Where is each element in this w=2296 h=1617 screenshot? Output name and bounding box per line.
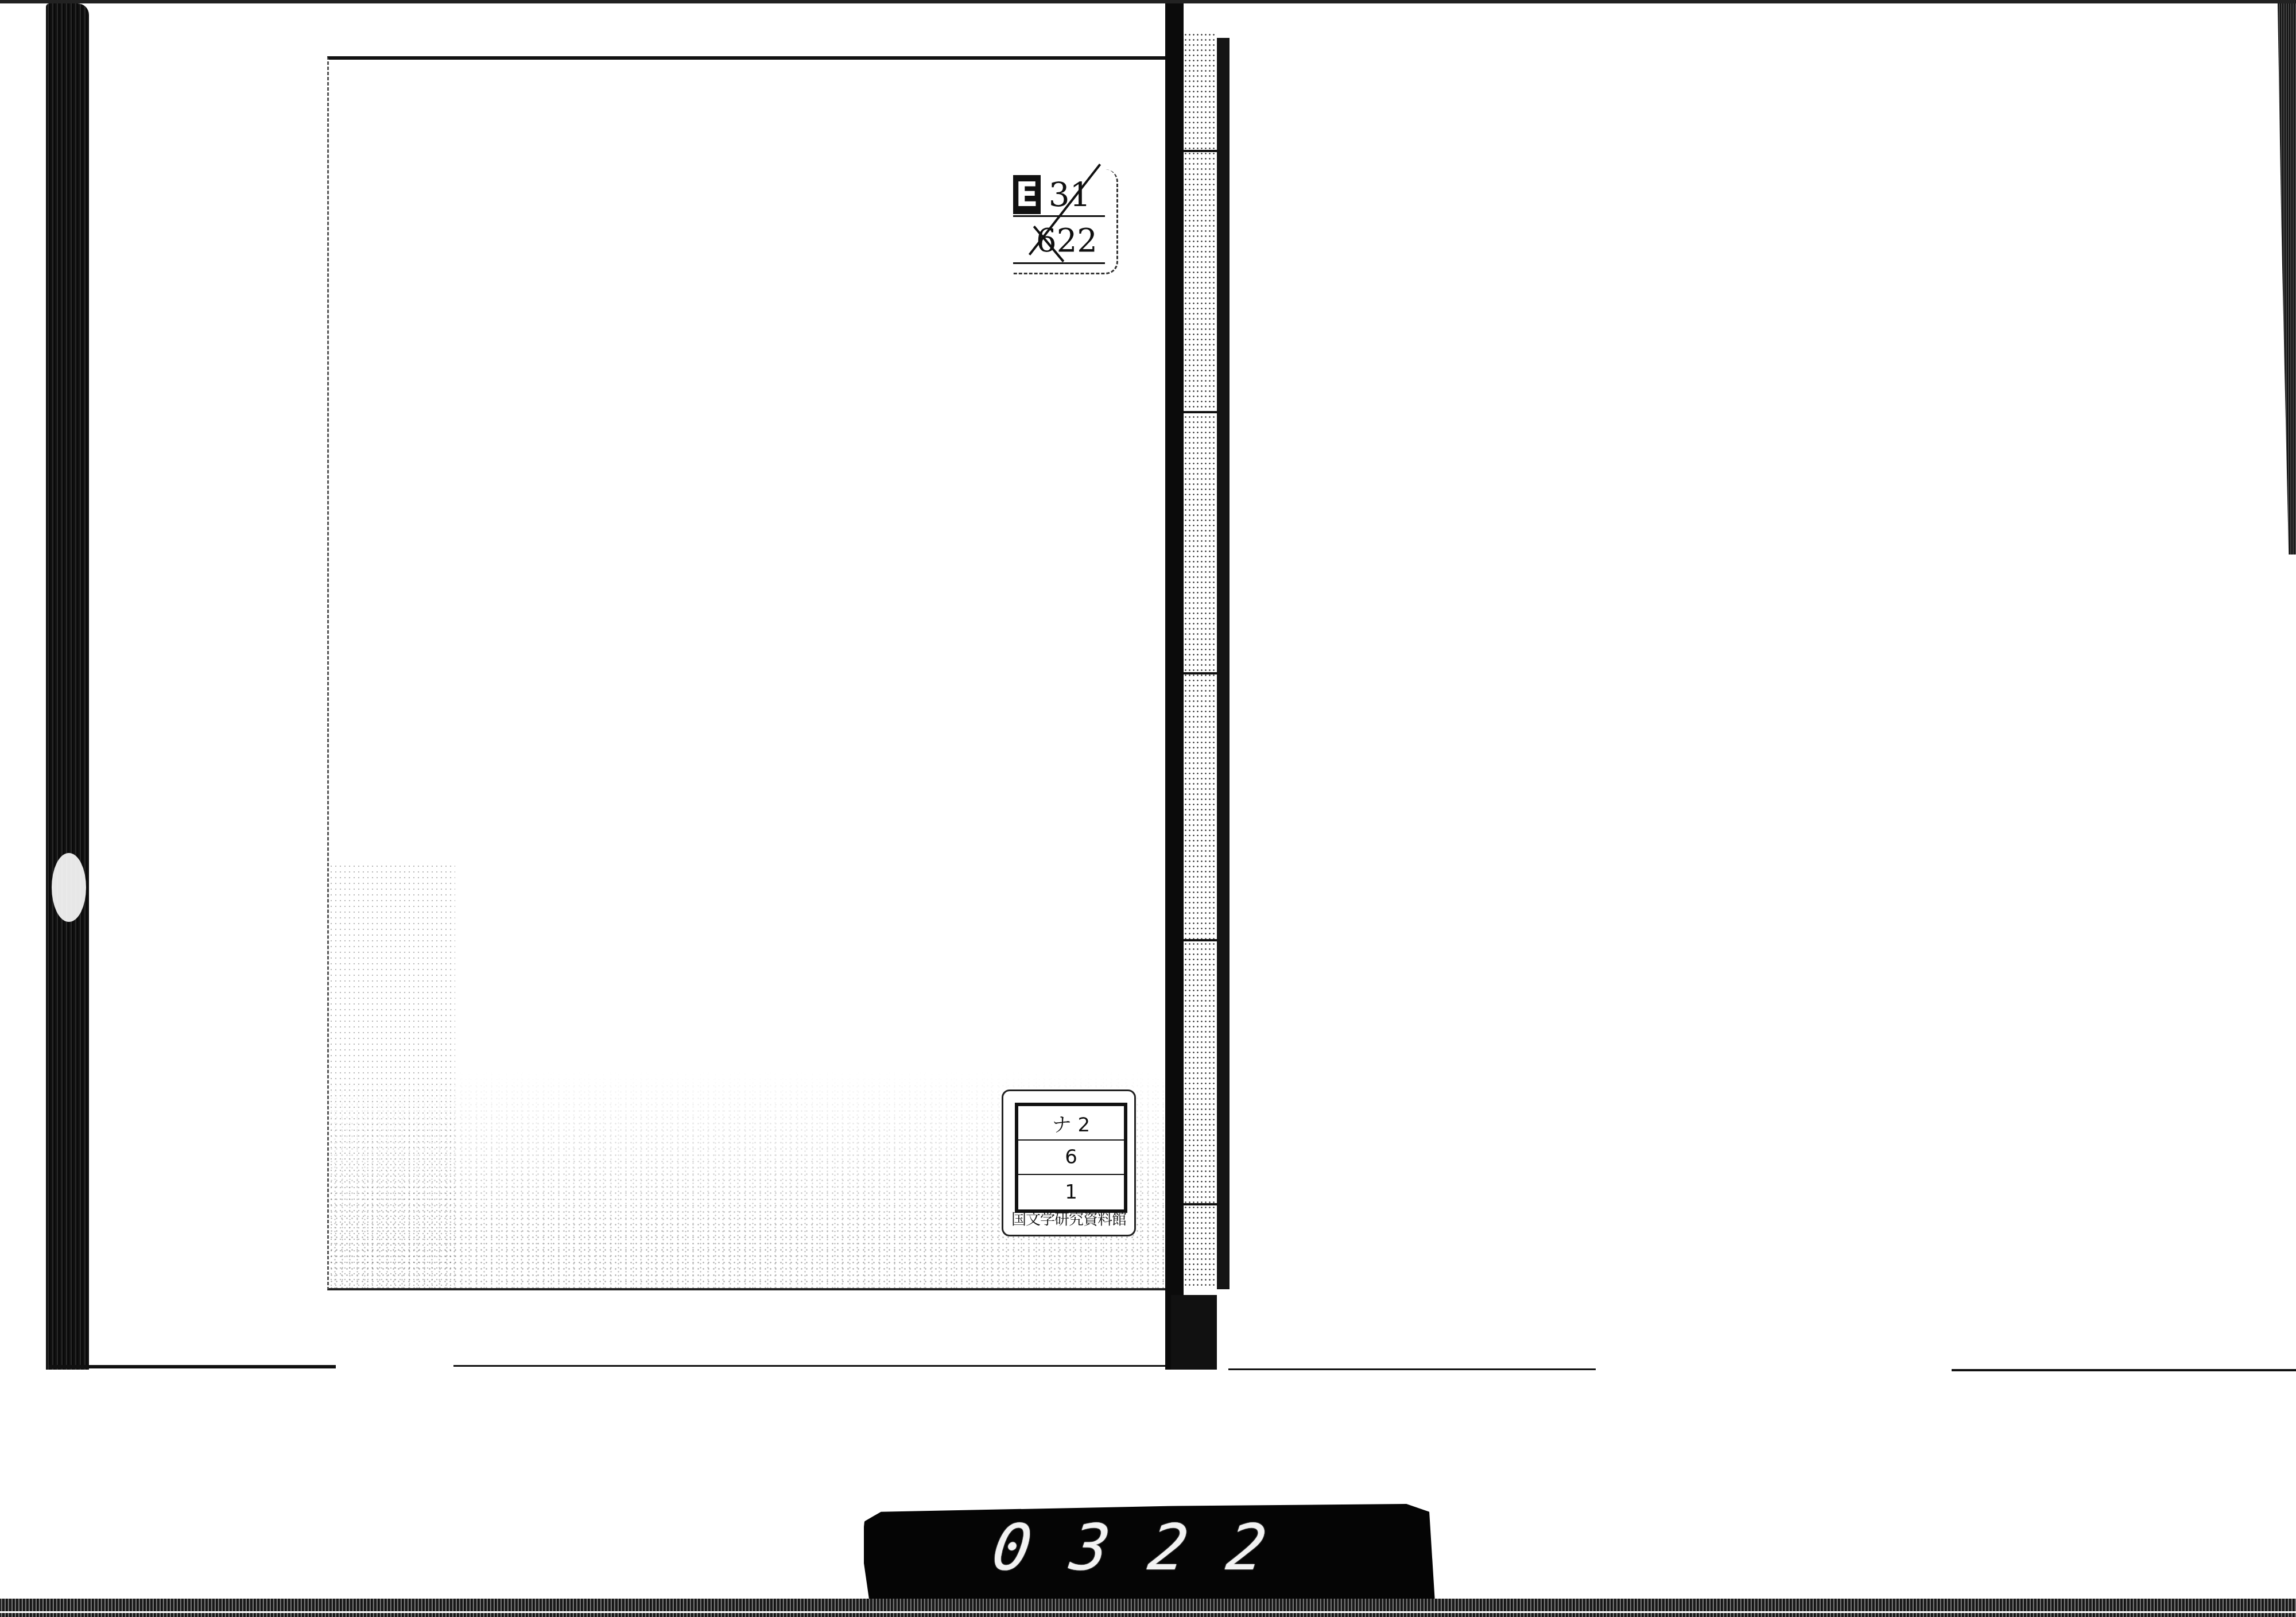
- institute-label: ナ 2 6 1 国文学研究資料館: [1002, 1089, 1136, 1236]
- binding-stitch: [1184, 939, 1217, 941]
- left-book-spine: [46, 3, 89, 1370]
- book-binding: [1165, 3, 1228, 1370]
- binding-stitch: [1184, 1203, 1217, 1205]
- page-bottom-edge: [453, 1365, 1194, 1367]
- film-top-edge: [0, 0, 2296, 3]
- binding-stitch: [1184, 672, 1217, 674]
- right-page-edge: [2278, 3, 2296, 554]
- frame-number: 0322: [988, 1511, 1311, 1584]
- call-number-label: E31 622: [1013, 169, 1118, 274]
- label-row: ナ 2: [1018, 1106, 1124, 1141]
- binding-stitch: [1184, 150, 1217, 152]
- film-bottom-edge: [0, 1599, 2296, 1617]
- frame-counter: 0322: [864, 1504, 1435, 1603]
- label-grid: ナ 2 6 1: [1015, 1103, 1127, 1213]
- binding-edge: [1165, 3, 1184, 1370]
- spine-tear: [52, 853, 86, 922]
- label-row: 1: [1018, 1175, 1124, 1209]
- page-bottom-edge: [1228, 1368, 1596, 1370]
- call-number-top: E31: [1013, 175, 1105, 217]
- call-number-prefix: E: [1013, 175, 1041, 214]
- binding-strip: [1184, 32, 1217, 1289]
- call-number-top-value: 31: [1049, 175, 1091, 214]
- label-row: 6: [1018, 1141, 1124, 1175]
- page-bottom-edge: [1952, 1369, 2296, 1371]
- institution-name: 国文学研究資料館: [1006, 1208, 1132, 1229]
- binding-foot: [1171, 1295, 1217, 1370]
- binding-edge: [1217, 38, 1230, 1289]
- binding-stitch: [1184, 411, 1217, 413]
- page-bottom-edge: [49, 1365, 336, 1368]
